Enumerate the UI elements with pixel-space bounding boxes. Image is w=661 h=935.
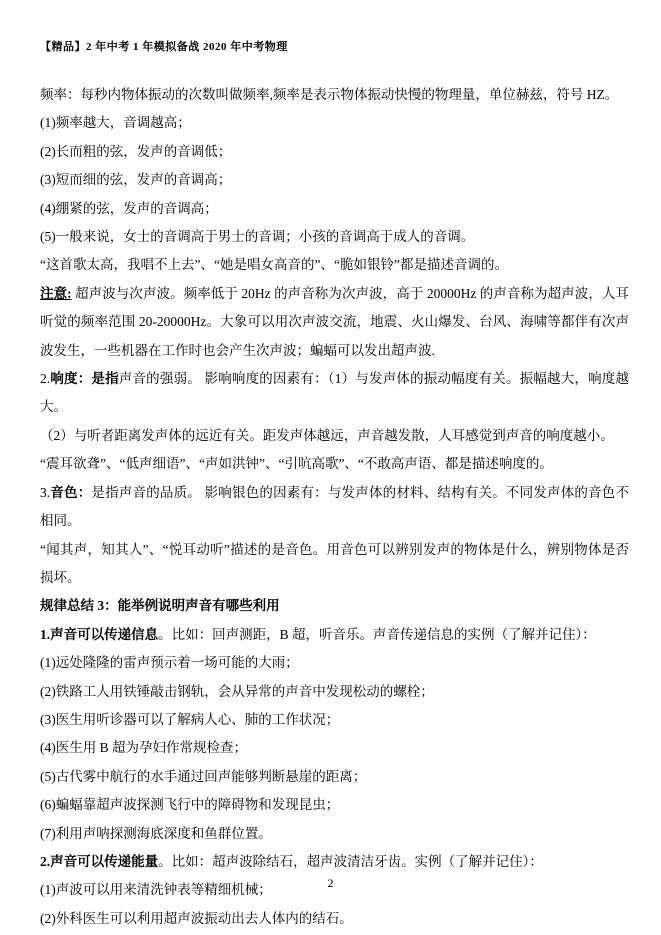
paragraph: 频率：每秒内物体振动的次数叫做频率,频率是表示物体振动快慢的物理量，单位赫兹，符… [40, 81, 629, 109]
paragraph: 2.声音可以传递能量。比如：超声波除结石，超声波清洁牙齿。实例（了解并记住）： [40, 848, 629, 876]
text-segment: (5)古代雾中航行的水手通过回声能够判断悬崖的距离； [40, 769, 366, 784]
text-segment: (2)外科医生可以利用超声波振动出去人体内的结石。 [40, 911, 353, 926]
text-segment: 响度：是指 [50, 371, 119, 386]
paragraph: “这首歌太高，我唱不上去”、“她是唱女高音的”、“脆如银铃”都是描述音调的。 [40, 251, 629, 279]
text-segment: 音色： [50, 485, 91, 500]
document-body: 频率：每秒内物体振动的次数叫做频率,频率是表示物体振动快慢的物理量，单位赫兹，符… [40, 81, 629, 933]
paragraph: 1.声音可以传递信息。比如：回声测距，B 超，听音乐。声音传递信息的实例（了解并… [40, 621, 629, 649]
page-number: 2 [0, 876, 661, 891]
paragraph: “闻其声，知其人”、“悦耳动听”描述的是音色。用音色可以辨别发声的物体是什么，辨… [40, 536, 629, 593]
paragraph: 2.响度：是指声音的强弱。 影响响度的因素有：（1）与发声体的振动幅度有关。振幅… [40, 365, 629, 422]
text-segment: 是指声音的品质。 影响银色的因素有：与发声体的材料、结构有关。不同发声体的音色不… [40, 485, 629, 528]
paragraph: (2)外科医生可以利用超声波振动出去人体内的结石。 [40, 905, 629, 933]
paragraph: (2)长而粗的弦，发声的音调低； [40, 138, 629, 166]
text-segment: 2.声音可以传递能量 [40, 854, 158, 869]
paragraph: (1)频率越大，音调越高； [40, 109, 629, 137]
text-segment: 。比如：超声波除结石，超声波清洁牙齿。实例（了解并记住）： [158, 854, 543, 869]
text-segment: “震耳欲聋”、“低声细语”、“声如洪钟”、“引吭高歌”、“不敢高声语、都是描述响… [40, 456, 553, 471]
text-segment: 2. [40, 371, 50, 386]
paragraph: “震耳欲聋”、“低声细语”、“声如洪钟”、“引吭高歌”、“不敢高声语、都是描述响… [40, 450, 629, 478]
paragraph: (3)短而细的弦，发声的音调高； [40, 166, 629, 194]
paragraph: (6)蝙蝠靠超声波探测飞行中的障碍物和发现昆虫； [40, 791, 629, 819]
text-segment: (4)医生用 B 超为孕妇作常规检查； [40, 740, 247, 755]
text-segment: “这首歌太高，我唱不上去”、“她是唱女高音的”、“脆如银铃”都是描述音调的。 [40, 257, 508, 272]
paragraph: (7)利用声呐探测海底深度和鱼群位置。 [40, 820, 629, 848]
text-segment: “闻其声，知其人”、“悦耳动听”描述的是音色。用音色可以辨别发声的物体是什么，辨… [40, 542, 629, 585]
paragraph: (1)远处隆隆的雷声预示着一场可能的大雨； [40, 649, 629, 677]
paragraph: 规律总结 3：能举例说明声音有哪些利用 [40, 592, 629, 620]
text-segment: (2)长而粗的弦，发声的音调低； [40, 144, 231, 159]
paragraph: (4)绷紧的弦，发声的音调高； [40, 195, 629, 223]
text-segment: （2）与听者距离发声体的远近有关。距发声体越远，声音越发散，人耳感觉到声音的响度… [40, 428, 614, 443]
paragraph: 3.音色：是指声音的品质。 影响银色的因素有：与发声体的材料、结构有关。不同发声… [40, 479, 629, 536]
text-segment: (6)蝙蝠靠超声波探测飞行中的障碍物和发现昆虫； [40, 797, 339, 812]
text-segment: 声音的强弱。 影响响度的因素有：（1）与发声体的振动幅度有关。振幅越大，响度越大… [40, 371, 629, 414]
document-page: 【精品】2 年中考 1 年模拟备战 2020 年中考物理 频率：每秒内物体振动的… [0, 0, 661, 935]
paragraph: (2)铁路工人用铁锤敲击钢轨，会从异常的声音中发现松动的螺栓； [40, 678, 629, 706]
text-segment: 1.声音可以传递信息 [40, 627, 158, 642]
text-segment: 。比如：回声测距，B 超，听音乐。声音传递信息的实例（了解并记住）： [158, 627, 596, 642]
text-segment: 规律总结 3：能举例说明声音有哪些利用 [40, 598, 280, 613]
text-segment: 注意: [40, 286, 72, 301]
paragraph: (4)医生用 B 超为孕妇作常规检查； [40, 734, 629, 762]
document-header: 【精品】2 年中考 1 年模拟备战 2020 年中考物理 [40, 38, 621, 54]
text-segment: (5)一般来说，女士的音调高于男士的音调；小孩的音调高于成人的音调。 [40, 229, 474, 244]
paragraph: (3)医生用听诊器可以了解病人心、肺的工作状况； [40, 706, 629, 734]
text-segment: 3. [40, 485, 50, 500]
paragraph: 注意: 超声波与次声波。频率低于 20Hz 的声音称为次声波，高于 20000H… [40, 280, 629, 365]
paragraph: (5)古代雾中航行的水手通过回声能够判断悬崖的距离； [40, 763, 629, 791]
text-segment: (3)医生用听诊器可以了解病人心、肺的工作状况； [40, 712, 339, 727]
paragraph: (5)一般来说，女士的音调高于男士的音调；小孩的音调高于成人的音调。 [40, 223, 629, 251]
text-segment: (1)远处隆隆的雷声预示着一场可能的大雨； [40, 655, 299, 670]
text-segment: (4)绷紧的弦，发声的音调高； [40, 201, 218, 216]
paragraph: （2）与听者距离发声体的远近有关。距发声体越远，声音越发散，人耳感觉到声音的响度… [40, 422, 629, 450]
text-segment: 超声波与次声波。频率低于 20Hz 的声音称为次声波，高于 20000Hz 的声… [40, 286, 629, 358]
text-segment: (1)频率越大，音调越高； [40, 115, 191, 130]
text-segment: (2)铁路工人用铁锤敲击钢轨，会从异常的声音中发现松动的螺栓； [40, 684, 434, 699]
text-segment: (3)短而细的弦，发声的音调高； [40, 172, 231, 187]
text-segment: (7)利用声呐探测海底深度和鱼群位置。 [40, 826, 272, 841]
text-segment: 频率：每秒内物体振动的次数叫做频率,频率是表示物体振动快慢的物理量，单位赫兹，符… [40, 87, 618, 102]
